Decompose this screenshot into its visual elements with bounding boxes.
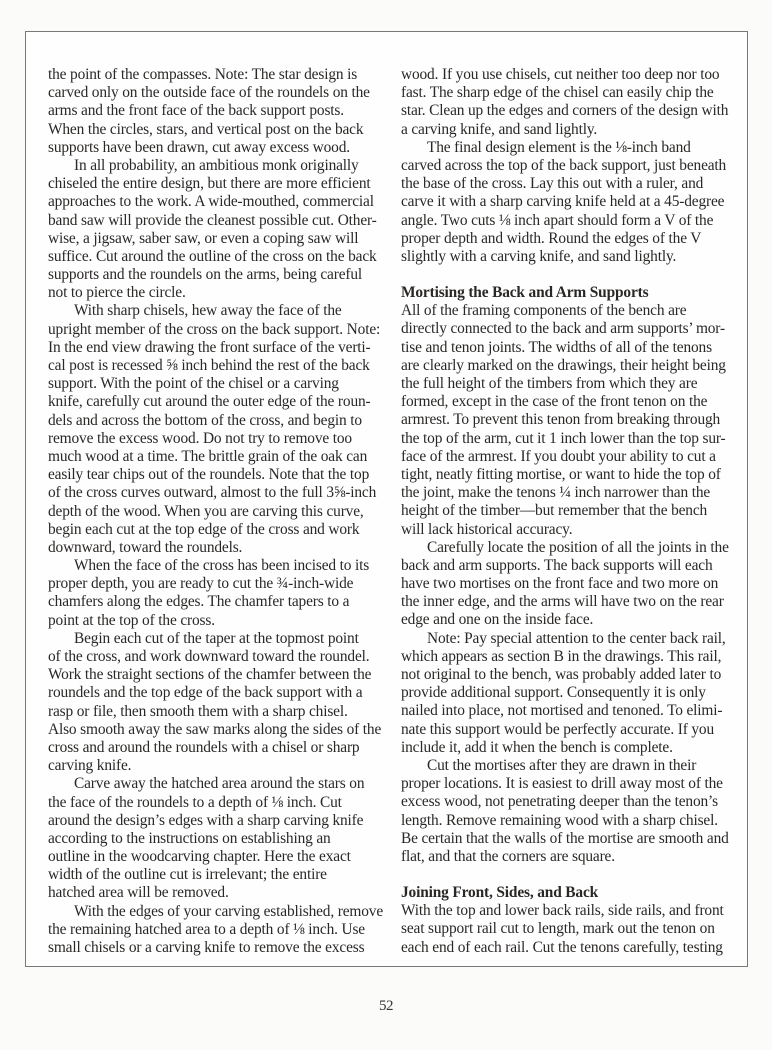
text-line: supports have been drawn, cut away exces… bbox=[48, 139, 388, 157]
text-line: nate this support would be perfectly acc… bbox=[401, 721, 746, 739]
text-line: the point of the compasses. Note: The st… bbox=[48, 66, 388, 84]
text-line: each end of each rail. Cut the tenons ca… bbox=[401, 939, 746, 957]
text-line: edge and one on the inside face. bbox=[401, 611, 746, 629]
text-line: have two mortises on the front face and … bbox=[401, 575, 746, 593]
text-line: roundels and the top edge of the back su… bbox=[48, 684, 388, 702]
text-line: Cut the mortises after they are drawn in… bbox=[401, 757, 746, 775]
text-line: star. Clean up the edges and corners of … bbox=[401, 102, 746, 120]
text-line: face of the armrest. If you doubt your a… bbox=[401, 448, 746, 466]
text-line: When the circles, stars, and vertical po… bbox=[48, 121, 388, 139]
text-line: the inner edge, and the arms will have t… bbox=[401, 593, 746, 611]
text-line: cross and around the roundels with a chi… bbox=[48, 739, 388, 757]
text-line: With the top and lower back rails, side … bbox=[401, 902, 746, 920]
text-line: flat, and that the corners are square. bbox=[401, 848, 746, 866]
left-text-column: the point of the compasses. Note: The st… bbox=[48, 66, 388, 957]
text-line: a carving knife, and sand lightly. bbox=[401, 121, 746, 139]
text-line: Carve away the hatched area around the s… bbox=[48, 775, 388, 793]
text-line: remove the excess wood. Do not try to re… bbox=[48, 430, 388, 448]
page-number: 52 bbox=[0, 998, 772, 1015]
text-line: proper depth, you are ready to cut the ¾… bbox=[48, 575, 388, 593]
text-line: wise, a jigsaw, saber saw, or even a cop… bbox=[48, 230, 388, 248]
text-line: include it, add it when the bench is com… bbox=[401, 739, 746, 757]
paragraph-group-mortising: All of the framing components of the ben… bbox=[401, 302, 746, 866]
right-text-column: wood. If you use chisels, cut neither to… bbox=[401, 66, 746, 957]
text-line: suffice. Cut around the outline of the c… bbox=[48, 248, 388, 266]
text-line: nailed into place, not mortised and teno… bbox=[401, 702, 746, 720]
text-line: wood. If you use chisels, cut neither to… bbox=[401, 66, 746, 84]
text-line: carved only on the outside face of the r… bbox=[48, 84, 388, 102]
text-line: slightly with a carving knife, and sand … bbox=[401, 248, 746, 266]
text-line: the top of the arm, cut it 1 inch lower … bbox=[401, 430, 746, 448]
text-line: arms and the front face of the back supp… bbox=[48, 102, 388, 120]
text-line: chamfers along the edges. The chamfer ta… bbox=[48, 593, 388, 611]
text-line: the base of the cross. Lay this out with… bbox=[401, 175, 746, 193]
text-line: fast. The sharp edge of the chisel can e… bbox=[401, 84, 746, 102]
text-line: begin each cut at the top edge of the cr… bbox=[48, 521, 388, 539]
text-line: according to the instructions on establi… bbox=[48, 830, 388, 848]
text-line: width of the outline cut is irrelevant; … bbox=[48, 866, 388, 884]
text-line: outline in the woodcarving chapter. Here… bbox=[48, 848, 388, 866]
text-line: which appears as section B in the drawin… bbox=[401, 648, 746, 666]
text-line: of the cross curves outward, almost to t… bbox=[48, 484, 388, 502]
text-line: In all probability, an ambitious monk or… bbox=[48, 157, 388, 175]
text-line: When the face of the cross has been inci… bbox=[48, 557, 388, 575]
text-line: Note: Pay special attention to the cente… bbox=[401, 630, 746, 648]
text-line: carve it with a sharp carving knife held… bbox=[401, 193, 746, 211]
section-heading-joining: Joining Front, Sides, and Back bbox=[401, 884, 746, 902]
text-line: depth of the wood. When you are carving … bbox=[48, 503, 388, 521]
text-line: downward, toward the roundels. bbox=[48, 539, 388, 557]
text-line: easily tear chips out of the roundels. N… bbox=[48, 466, 388, 484]
text-line: formed, except in the case of the front … bbox=[401, 393, 746, 411]
text-line: Work the straight sections of the chamfe… bbox=[48, 666, 388, 684]
text-line: upright member of the cross on the back … bbox=[48, 321, 388, 339]
text-line: proper depth and width. Round the edges … bbox=[401, 230, 746, 248]
text-line: Begin each cut of the taper at the topmo… bbox=[48, 630, 388, 648]
text-line: the remaining hatched area to a depth of… bbox=[48, 921, 388, 939]
text-line: not original to the bench, was probably … bbox=[401, 666, 746, 684]
paragraph-group-joining: With the top and lower back rails, side … bbox=[401, 902, 746, 957]
text-line: carving knife. bbox=[48, 757, 388, 775]
text-line: the face of the roundels to a depth of ⅛… bbox=[48, 794, 388, 812]
paragraph-group-design-finishing: wood. If you use chisels, cut neither to… bbox=[401, 66, 746, 266]
text-line: point at the top of the cross. bbox=[48, 612, 388, 630]
text-line: excess wood, not penetrating deeper than… bbox=[401, 793, 746, 811]
section-heading-mortising: Mortising the Back and Arm Supports bbox=[401, 284, 746, 302]
text-line: directly connected to the back and arm s… bbox=[401, 320, 746, 338]
text-line: seat support rail cut to length, mark ou… bbox=[401, 920, 746, 938]
text-line: provide additional support. Consequently… bbox=[401, 684, 746, 702]
text-line: much wood at a time. The brittle grain o… bbox=[48, 448, 388, 466]
text-line: hatched area will be removed. bbox=[48, 884, 388, 902]
text-line: In the end view drawing the front surfac… bbox=[48, 339, 388, 357]
text-line: support. With the point of the chisel or… bbox=[48, 375, 388, 393]
text-line: of the cross, and work downward toward t… bbox=[48, 648, 388, 666]
text-line: the joint, make the tenons ¼ inch narrow… bbox=[401, 484, 746, 502]
text-line: approaches to the work. A wide-mouthed, … bbox=[48, 193, 388, 211]
text-line: Be certain that the walls of the mortise… bbox=[401, 830, 746, 848]
text-line: dels and across the bottom of the cross,… bbox=[48, 412, 388, 430]
text-line: are clearly marked on the drawings, thei… bbox=[401, 357, 746, 375]
text-line: All of the framing components of the ben… bbox=[401, 302, 746, 320]
text-line: Also smooth away the saw marks along the… bbox=[48, 721, 388, 739]
text-line: The final design element is the ⅛-inch b… bbox=[401, 139, 746, 157]
text-line: With sharp chisels, hew away the face of… bbox=[48, 302, 388, 320]
text-line: Carefully locate the position of all the… bbox=[401, 539, 746, 557]
text-line: rasp or file, then smooth them with a sh… bbox=[48, 703, 388, 721]
text-line: tise and tenon joints. The widths of all… bbox=[401, 339, 746, 357]
text-line: not to pierce the circle. bbox=[48, 284, 388, 302]
text-line: cal post is recessed ⅝ inch behind the r… bbox=[48, 357, 388, 375]
text-line: angle. Two cuts ⅛ inch apart should form… bbox=[401, 212, 746, 230]
text-line: length. Remove remaining wood with a sha… bbox=[401, 812, 746, 830]
page-frame: the point of the compasses. Note: The st… bbox=[25, 31, 748, 967]
text-line: the full height of the timbers from whic… bbox=[401, 375, 746, 393]
text-line: around the design’s edges with a sharp c… bbox=[48, 812, 388, 830]
text-line: band saw will provide the cleanest possi… bbox=[48, 212, 388, 230]
text-line: will lack historical accuracy. bbox=[401, 521, 746, 539]
text-line: carved across the top of the back suppor… bbox=[401, 157, 746, 175]
text-line: height of the timber—but remember that t… bbox=[401, 502, 746, 520]
text-line: armrest. To prevent this tenon from brea… bbox=[401, 411, 746, 429]
text-line: back and arm supports. The back supports… bbox=[401, 557, 746, 575]
text-line: supports and the roundels on the arms, b… bbox=[48, 266, 388, 284]
text-line: chiseled the entire design, but there ar… bbox=[48, 175, 388, 193]
text-line: With the edges of your carving establish… bbox=[48, 903, 388, 921]
text-line: tight, neatly fitting mortise, or want t… bbox=[401, 466, 746, 484]
text-line: small chisels or a carving knife to remo… bbox=[48, 939, 388, 957]
text-line: knife, carefully cut around the outer ed… bbox=[48, 393, 388, 411]
text-line: proper locations. It is easiest to drill… bbox=[401, 775, 746, 793]
